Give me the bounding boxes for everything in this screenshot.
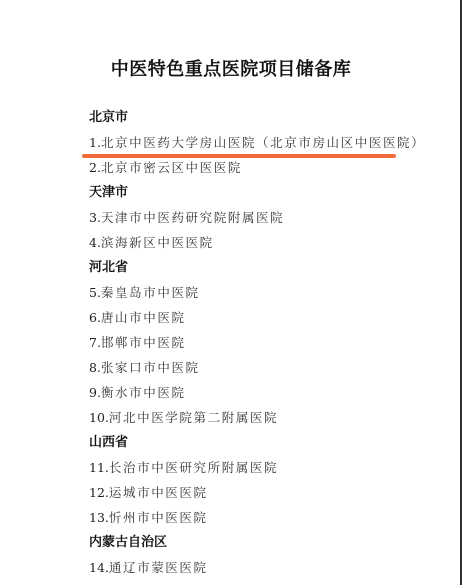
hospital-name: 张家口市中医院 [101, 360, 200, 375]
region-heading: 山西省 [89, 430, 425, 455]
item-number: 7. [89, 335, 101, 350]
hospital-name: 北京市密云区中医医院 [101, 160, 242, 175]
region-heading: 北京市 [89, 105, 425, 130]
item-number: 6. [89, 310, 101, 325]
hospital-name: 天津市中医药研究院附属医院 [101, 210, 284, 225]
list-item: 5.秦皇岛市中医院 [89, 280, 425, 305]
hospital-name: 忻州市中医医院 [109, 510, 208, 525]
document-title: 中医特色重点医院项目储备库 [0, 55, 462, 81]
list-item: 13.忻州市中医医院 [89, 505, 425, 530]
hospital-name: 运城市中医医院 [109, 485, 208, 500]
list-item: 7.邯郸市中医院 [89, 330, 425, 355]
list-item: 9.衡水市中医院 [89, 380, 425, 405]
item-number: 9. [89, 385, 101, 400]
region-heading: 河北省 [89, 255, 425, 280]
hospital-name: 滨海新区中医医院 [101, 235, 214, 250]
list-item: 12.运城市中医医院 [89, 480, 425, 505]
list-item: 4.滨海新区中医医院 [89, 230, 425, 255]
item-number: 11. [89, 460, 109, 475]
hospital-list: 北京市 1.北京中医药大学房山医院（北京市房山区中医医院） 2.北京市密云区中医… [89, 105, 425, 580]
region-heading: 内蒙古自治区 [89, 530, 425, 555]
hospital-name: 秦皇岛市中医院 [101, 285, 200, 300]
hospital-name: 河北中医学院第二附属医院 [109, 410, 278, 425]
list-item: 6.唐山市中医院 [89, 305, 425, 330]
list-item: 1.北京中医药大学房山医院（北京市房山区中医医院） [89, 130, 425, 155]
list-item: 11.长治市中医研究所附属医院 [89, 455, 425, 480]
hospital-name: 邯郸市中医院 [101, 335, 186, 350]
item-number: 10. [89, 410, 109, 425]
item-number: 1. [89, 135, 101, 150]
list-item: 8.张家口市中医院 [89, 355, 425, 380]
hospital-name: 长治市中医研究所附属医院 [109, 460, 278, 475]
item-number: 2. [89, 160, 101, 175]
hospital-name: 衡水市中医院 [101, 385, 186, 400]
item-number: 5. [89, 285, 101, 300]
hospital-name: 唐山市中医院 [101, 310, 186, 325]
hospital-name: 北京中医药大学房山医院（北京市房山区中医医院） [101, 135, 425, 150]
item-number: 14. [89, 560, 109, 575]
item-number: 4. [89, 235, 101, 250]
item-number: 13. [89, 510, 109, 525]
item-number: 8. [89, 360, 101, 375]
list-item: 2.北京市密云区中医医院 [89, 155, 425, 180]
item-number: 12. [89, 485, 109, 500]
item-number: 3. [89, 210, 101, 225]
list-item: 3.天津市中医药研究院附属医院 [89, 205, 425, 230]
list-item: 10.河北中医学院第二附属医院 [89, 405, 425, 430]
region-heading: 天津市 [89, 180, 425, 205]
list-item: 14.通辽市蒙医医院 [89, 555, 425, 580]
hospital-name: 通辽市蒙医医院 [109, 560, 208, 575]
